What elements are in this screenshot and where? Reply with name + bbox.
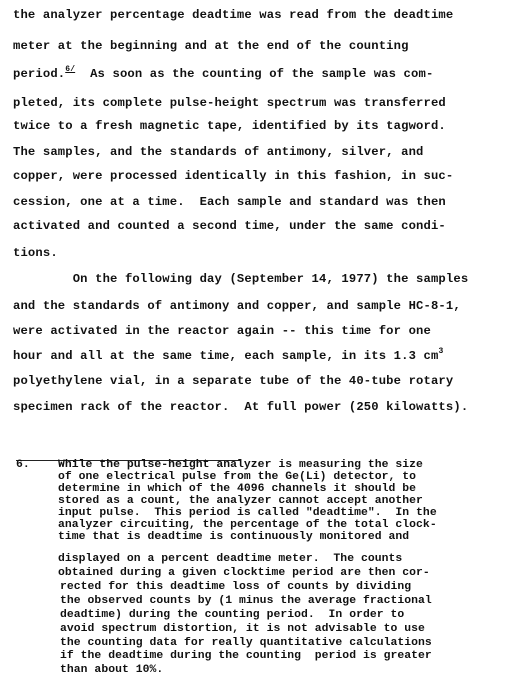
footnote-line: stored as a count, the analyzer cannot a… <box>58 495 423 507</box>
body-line: polyethylene vial, in a separate tube of… <box>13 374 453 388</box>
body-line: On the following day (September 14, 1977… <box>13 272 468 286</box>
body-line: The samples, and the standards of antimo… <box>13 145 424 159</box>
body-text: hour and all at the same time, each samp… <box>13 349 438 363</box>
body-text: As soon as the counting of the sample wa… <box>75 67 433 81</box>
superscript: 3 <box>438 347 443 356</box>
body-line: meter at the beginning and at the end of… <box>13 39 409 53</box>
body-line-with-superscript: hour and all at the same time, each samp… <box>13 349 443 363</box>
footnote-line: time that is deadtime is continuously mo… <box>58 531 409 543</box>
body-line: and the standards of antimony and copper… <box>13 299 461 313</box>
footnote-line: deadtime) during the counting period. In… <box>60 609 404 621</box>
body-text: period. <box>13 67 65 81</box>
footnote-line: While the pulse-height analyzer is measu… <box>58 459 423 471</box>
footnote-line: displayed on a percent deadtime meter. T… <box>58 553 402 565</box>
footnote-line: of one electrical pulse from the Ge(Li) … <box>58 471 416 483</box>
body-line: activated and counted a second time, und… <box>13 219 446 233</box>
body-line: pleted, its complete pulse-height spectr… <box>13 96 446 110</box>
body-line-with-footnote-ref: period.6/ As soon as the counting of the… <box>13 67 433 81</box>
footnote-line: if the deadtime during the counting peri… <box>60 650 432 662</box>
body-line: specimen rack of the reactor. At full po… <box>13 400 468 414</box>
footnote-line: rected for this deadtime loss of counts … <box>60 581 411 593</box>
footnote-line: analyzer circuiting, the percentage of t… <box>58 519 437 531</box>
body-line: twice to a fresh magnetic tape, identifi… <box>13 119 446 133</box>
body-line: tions. <box>13 246 58 260</box>
footnote-reference: 6/ <box>65 65 75 74</box>
body-line: the analyzer percentage deadtime was rea… <box>13 8 453 22</box>
footnote-number: 6. <box>16 459 30 471</box>
footnote-line: determine in which of the 4096 channels … <box>58 483 416 495</box>
footnote-line: than about 10%. <box>60 664 163 676</box>
body-line: were activated in the reactor again -- t… <box>13 324 431 338</box>
footnote-line: input pulse. This period is called "dead… <box>58 507 437 519</box>
body-line: cession, one at a time. Each sample and … <box>13 195 446 209</box>
footnote-line: the observed counts by (1 minus the aver… <box>60 595 432 607</box>
footnote-line: the counting data for really quantitativ… <box>60 637 432 649</box>
footnote-line: obtained during a given clocktime period… <box>58 567 430 579</box>
footnote-line: avoid spectrum distortion, it is not adv… <box>60 623 425 635</box>
body-line: copper, were processed identically in th… <box>13 169 453 183</box>
